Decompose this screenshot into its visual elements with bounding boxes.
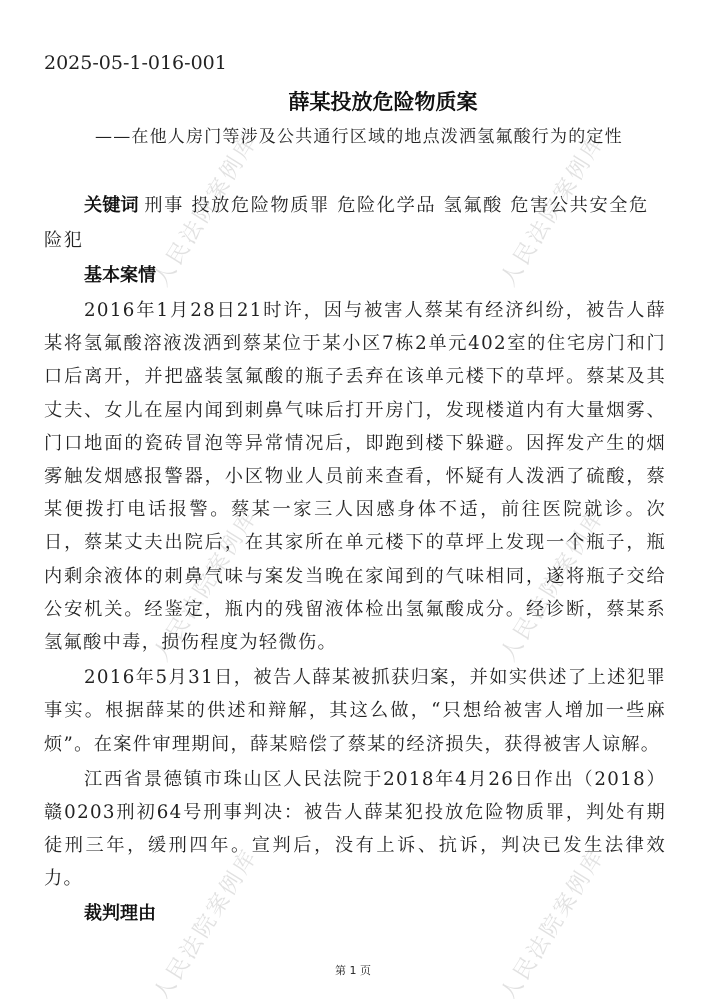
document-subtitle: ——在他人房门等涉及公共通行区域的地点泼洒氢氟酸行为的定性 bbox=[95, 122, 623, 147]
paragraph: 2016年5月31日，被告人薛某被抓获归案，并如实供述了上述犯罪事实。根据薛某的… bbox=[44, 661, 666, 761]
keywords-label: 关键词 bbox=[84, 195, 139, 216]
paragraph: 江西省景德镇市珠山区人民法院于2018年4月26日作出（2018）赣0203刑初… bbox=[44, 763, 666, 896]
document-page: 人民法院案例库 人民法院案例库 人民法院案例库 人民法院案例库 人民法院案例库 … bbox=[0, 0, 706, 999]
keywords: 关键词 刑事 投放危险物质罪 危险化学品 氢氟酸 危害公共安全危险犯 bbox=[44, 188, 666, 258]
section-heading-basic-facts: 基本案情 bbox=[44, 258, 666, 294]
document-title: 薛某投放危险物质案 bbox=[0, 86, 706, 116]
page-number: 第 1 页 bbox=[0, 962, 706, 978]
case-id: 2025-05-1-016-001 bbox=[44, 52, 227, 74]
document-body: 关键词 刑事 投放危险物质罪 危险化学品 氢氟酸 危害公共安全危险犯 基本案情 … bbox=[44, 188, 666, 932]
paragraph: 2016年1月28日21时许，因与被害人蔡某有经济纠纷，被告人薛某将氢氟酸溶液泼… bbox=[44, 294, 666, 659]
section-heading-reasoning: 裁判理由 bbox=[44, 896, 666, 932]
